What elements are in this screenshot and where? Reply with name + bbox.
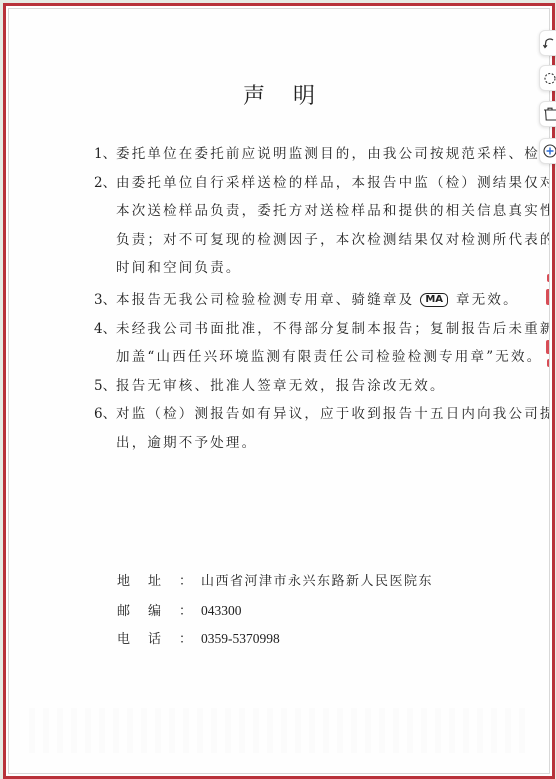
add-circle-icon [543,144,556,158]
rotate-icon [543,37,555,49]
contact-address: 地址：山西省河津市永兴东路新人民医院东 [117,568,433,597]
contact-value: 0359-5370998 [201,625,280,654]
rotate-button[interactable] [539,30,556,56]
document-page: 声明 1、委托单位在委托前应说明监测目的，由我公司按规范采样、检测。 2、由委托… [8,8,550,774]
clause-1: 1、委托单位在委托前应说明监测目的，由我公司按规范采样、检测。 [94,140,494,169]
contact-postcode: 邮编：043300 [117,597,433,626]
clause-number: 1、 [94,140,116,169]
lasso-select-button[interactable] [539,65,556,91]
clause-text: 由委托单位自行采样送检的样品，本报告中监（检）测结果仅对 [116,175,550,191]
clause-6: 6、对监（检）测报告如有异议，应于收到报告十五日内向我公司提 [94,400,494,429]
clause-6-cont: 出，逾期不予处理。 [94,429,494,458]
clause-3: 3、本报告无我公司检验检测专用章、骑缝章及MA章无效。 [94,286,494,315]
clause-4-cont: 加盖“山西任兴环境监测有限责任公司检验检测专用章”无效。 [94,343,494,372]
clause-text: 委托单位在委托前应说明监测目的，由我公司按规范采样、检测。 [116,146,550,162]
contact-label: 电话： [117,626,201,655]
trash-icon [543,107,556,121]
contact-block: 地址：山西省河津市永兴东路新人民医院东 邮编：043300 电话：0359-53… [117,568,433,654]
clause-number: 4、 [94,315,116,344]
contact-label: 地址： [117,568,201,597]
cma-mark-icon: MA [420,293,448,307]
clause-2-cont: 负责；对不可复现的检测因子，本次检测结果仅对检测所代表的 [94,226,494,255]
clause-2-cont: 本次送检样品负责，委托方对送检样品和提供的相关信息真实性 [94,197,494,226]
clause-number: 2、 [94,169,116,198]
contact-phone: 电话：0359-5370998 [117,625,433,654]
clause-text: 未经我公司书面批准，不得部分复制本报告；复制报告后未重新 [116,321,550,337]
clause-text: 对监（检）测报告如有异议，应于收到报告十五日内向我公司提 [116,406,550,422]
clause-2-cont: 时间和空间负责。 [94,254,494,283]
page-title: 声明 [9,79,549,110]
clause-number: 5、 [94,372,116,401]
clause-list: 1、委托单位在委托前应说明监测目的，由我公司按规范采样、检测。 2、由委托单位自… [94,140,494,458]
contact-value: 043300 [201,597,242,626]
clause-2: 2、由委托单位自行采样送检的样品，本报告中监（检）测结果仅对 [94,169,494,198]
clause-text: 报告无审核、批准人签章无效，报告涂改无效。 [116,378,446,394]
clause-number: 3、 [94,286,116,315]
lasso-select-icon [543,72,556,85]
clause-number: 6、 [94,400,116,429]
scan-noise [29,708,529,753]
contact-label: 邮编： [117,598,201,627]
add-button[interactable] [539,138,556,164]
contact-value: 山西省河津市永兴东路新人民医院东 [201,568,433,597]
clause-text: 章无效。 [456,292,519,308]
clause-text: 本报告无我公司检验检测专用章、骑缝章及 [116,292,414,308]
clause-4: 4、未经我公司书面批准，不得部分复制本报告；复制报告后未重新 [94,315,494,344]
page-frame: 声明 1、委托单位在委托前应说明监测目的，由我公司按规范采样、检测。 2、由委托… [3,3,555,779]
clause-5: 5、报告无审核、批准人签章无效，报告涂改无效。 [94,372,494,401]
delete-button[interactable] [539,101,556,127]
